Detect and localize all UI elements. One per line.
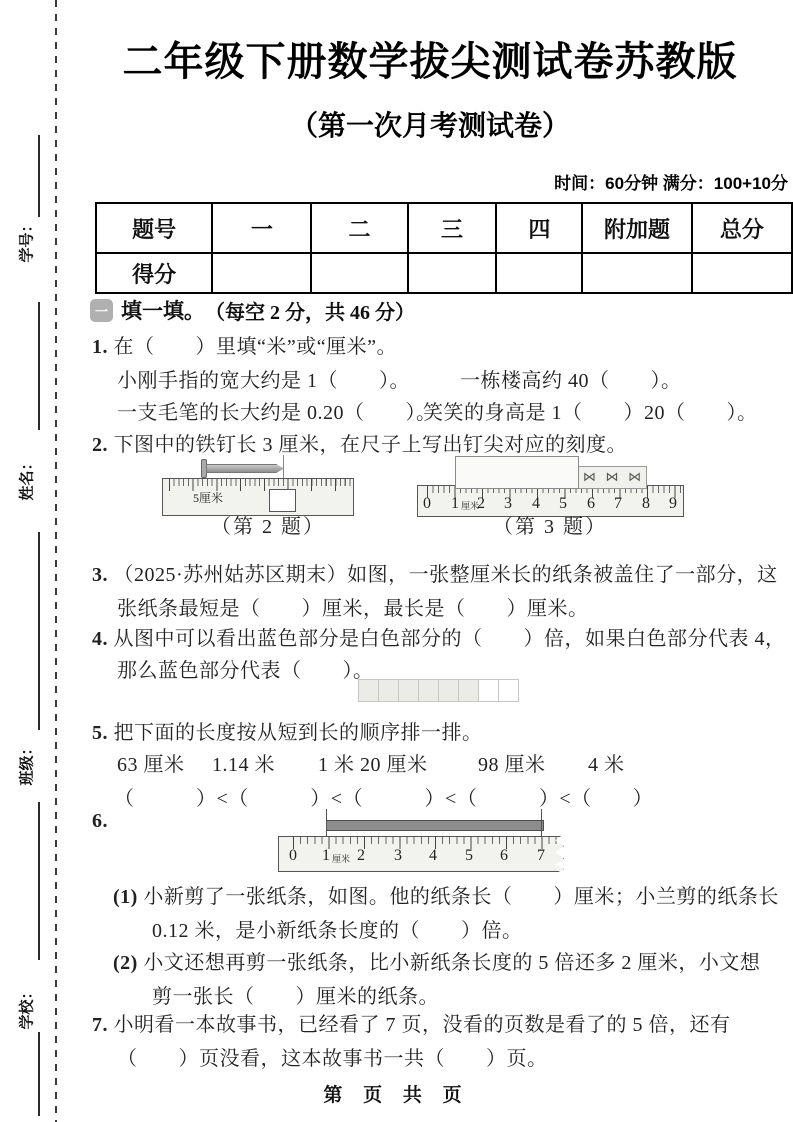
figure-3-caption: （第 3 题） — [445, 510, 655, 539]
score-cell — [582, 253, 692, 293]
ruler-tick: 2 — [357, 847, 365, 865]
question-5-answer-line: （ ）<（ ）<（ ）<（ ）<（ ） — [114, 782, 653, 811]
score-cell — [212, 253, 311, 293]
fold-dashed-line — [55, 0, 57, 1122]
ruler-tick: 0 — [423, 495, 431, 513]
paper-strip-figure — [326, 820, 544, 831]
table-row: 题号 一 二 三 四 附加题 总分 — [96, 203, 792, 253]
figure-2-caption: （第 2 题） — [168, 510, 368, 539]
answer-box — [269, 489, 296, 512]
ruler-tick: 9 — [669, 495, 677, 513]
margin-rule — [38, 802, 40, 960]
ruler-tick: 7 — [537, 847, 545, 865]
section-title: 填一填。 — [121, 295, 205, 325]
col-header: 三 — [408, 203, 497, 253]
question-4-line2: 那么蓝色部分代表（ ）。 — [117, 654, 374, 683]
score-cell — [408, 253, 497, 293]
question-1-line3a: 一支毛笔的长大约是 0.20（ ）。 — [117, 396, 437, 425]
question-1-line2a: 小刚手指的宽大约是 1（ ）。 — [117, 364, 410, 393]
ruler-tick: 1 — [322, 847, 330, 865]
question-6-number: 6. — [92, 810, 108, 833]
question-5: 5. 把下面的长度按从短到长的顺序排一排。 — [92, 716, 483, 745]
question-6-part1: (1) 小新剪了一张纸条，如图。他的纸条长（ ）厘米；小兰剪的纸条长 — [113, 880, 779, 909]
ruler-tick: 5 — [465, 847, 473, 865]
length-value: 98 厘米 — [478, 748, 546, 777]
score-cell — [692, 253, 792, 293]
strip-cell — [379, 679, 399, 702]
length-value: 63 厘米 — [117, 748, 185, 777]
strip-cell — [459, 679, 479, 702]
margin-rule — [38, 532, 40, 730]
class-label: 班级： — [16, 740, 37, 785]
nail-tip-guide-line — [283, 455, 284, 479]
strip-cell — [499, 679, 519, 702]
ruler-5cm-label: 5厘米 — [193, 489, 223, 506]
school-label: 学校： — [16, 984, 37, 1029]
question-1-line3b: 笑笑的身高是 1（ ）20（ ）。 — [423, 396, 758, 425]
margin-rule — [38, 302, 40, 430]
strip-cell — [439, 679, 459, 702]
question-3: 3. （2025·苏州姑苏区期末）如图，一张整厘米长的纸条被盖住了一部分，这 — [92, 558, 778, 587]
strip-cell — [358, 679, 379, 702]
question-6-part2: (2) 小文还想再剪一张纸条，比小新纸条长度的 5 倍还多 2 厘米，小文想 — [113, 946, 760, 975]
question-3-line2: 张纸条最短是（ ）厘米，最长是（ ）厘米。 — [117, 592, 589, 621]
col-header: 总分 — [692, 203, 792, 253]
time-score-info: 时间：60分钟 满分：100+10分 — [88, 169, 788, 194]
ruler-tick: 3 — [394, 847, 402, 865]
strip-end-line — [541, 809, 542, 836]
strip-cell — [399, 679, 419, 702]
question-1-line2b: 一栋楼高约 40（ ）。 — [460, 364, 682, 393]
section-number-badge: 一 — [90, 299, 113, 322]
student-id-label: 学号： — [16, 217, 37, 262]
covering-rectangle — [455, 456, 579, 489]
butterfly-paper-strip: ⋈ ⋈ ⋈ — [577, 466, 647, 489]
ratio-strip — [358, 679, 519, 702]
col-header: 四 — [496, 203, 582, 253]
question-1: 1. 在（ ）里填“米”或“厘米”。 — [92, 330, 397, 359]
score-table: 题号 一 二 三 四 附加题 总分 得分 — [95, 202, 793, 294]
ruler-unit-label: 厘米 — [332, 852, 350, 865]
length-value: 4 米 — [588, 748, 625, 777]
length-value: 1.14 米 — [212, 748, 275, 777]
ruler-tick: 6 — [500, 847, 508, 865]
butterfly-icon: ⋈ — [583, 471, 596, 484]
ruler-figure-q6: 0 1 厘米 2 3 4 5 6 7 — [278, 836, 564, 872]
question-6-part2-line2: 剪一张长（ ）厘米的纸条。 — [152, 980, 439, 1009]
nail-figure — [206, 464, 284, 473]
col-header: 题号 — [96, 203, 212, 253]
ruler-tick: 4 — [429, 847, 437, 865]
section-one-header: 一 填一填。 （每空 2 分，共 46 分） — [90, 295, 415, 325]
strip-cell — [479, 679, 499, 702]
paper-subtitle: （第一次月考测试卷） — [80, 104, 780, 144]
paper-title: 二年级下册数学拔尖测试卷苏教版 — [80, 30, 780, 87]
length-value: 1 米 20 厘米 — [318, 748, 428, 777]
ruler-tick: 0 — [289, 847, 297, 865]
row-header: 得分 — [96, 253, 212, 293]
question-7-line2: （ ）页没看，这本故事书一共（ ）页。 — [117, 1042, 548, 1071]
test-paper-page: 学号： 姓名： 班级： 学校： 二年级下册数学拔尖测试卷苏教版 （第一次月考测试… — [0, 0, 793, 1122]
butterfly-icon: ⋈ — [605, 471, 618, 484]
butterfly-icon: ⋈ — [628, 471, 641, 484]
col-header: 附加题 — [582, 203, 692, 253]
page-footer: 第 页 共 页 — [0, 1080, 793, 1107]
section-note: （每空 2 分，共 46 分） — [205, 296, 415, 325]
student-name-label: 姓名： — [16, 455, 37, 500]
strip-end-line — [326, 809, 327, 836]
question-2: 2. 下图中的铁钉长 3 厘米，在尺子上写出钉尖对应的刻度。 — [92, 428, 627, 457]
margin-rule — [38, 135, 40, 217]
question-4: 4. 从图中可以看出蓝色部分是白色部分的（ ）倍，如果白色部分代表 4， — [92, 622, 786, 651]
score-cell — [496, 253, 582, 293]
score-cell — [311, 253, 407, 293]
col-header: 二 — [311, 203, 407, 253]
strip-cell — [419, 679, 439, 702]
table-row: 得分 — [96, 253, 792, 293]
question-7: 7. 小明看一本故事书，已经看了 7 页，没看的页数是看了的 5 倍，还有 — [92, 1008, 731, 1037]
col-header: 一 — [212, 203, 311, 253]
question-6-part1-line2: 0.12 米，是小新纸条长度的（ ）倍。 — [152, 914, 523, 943]
